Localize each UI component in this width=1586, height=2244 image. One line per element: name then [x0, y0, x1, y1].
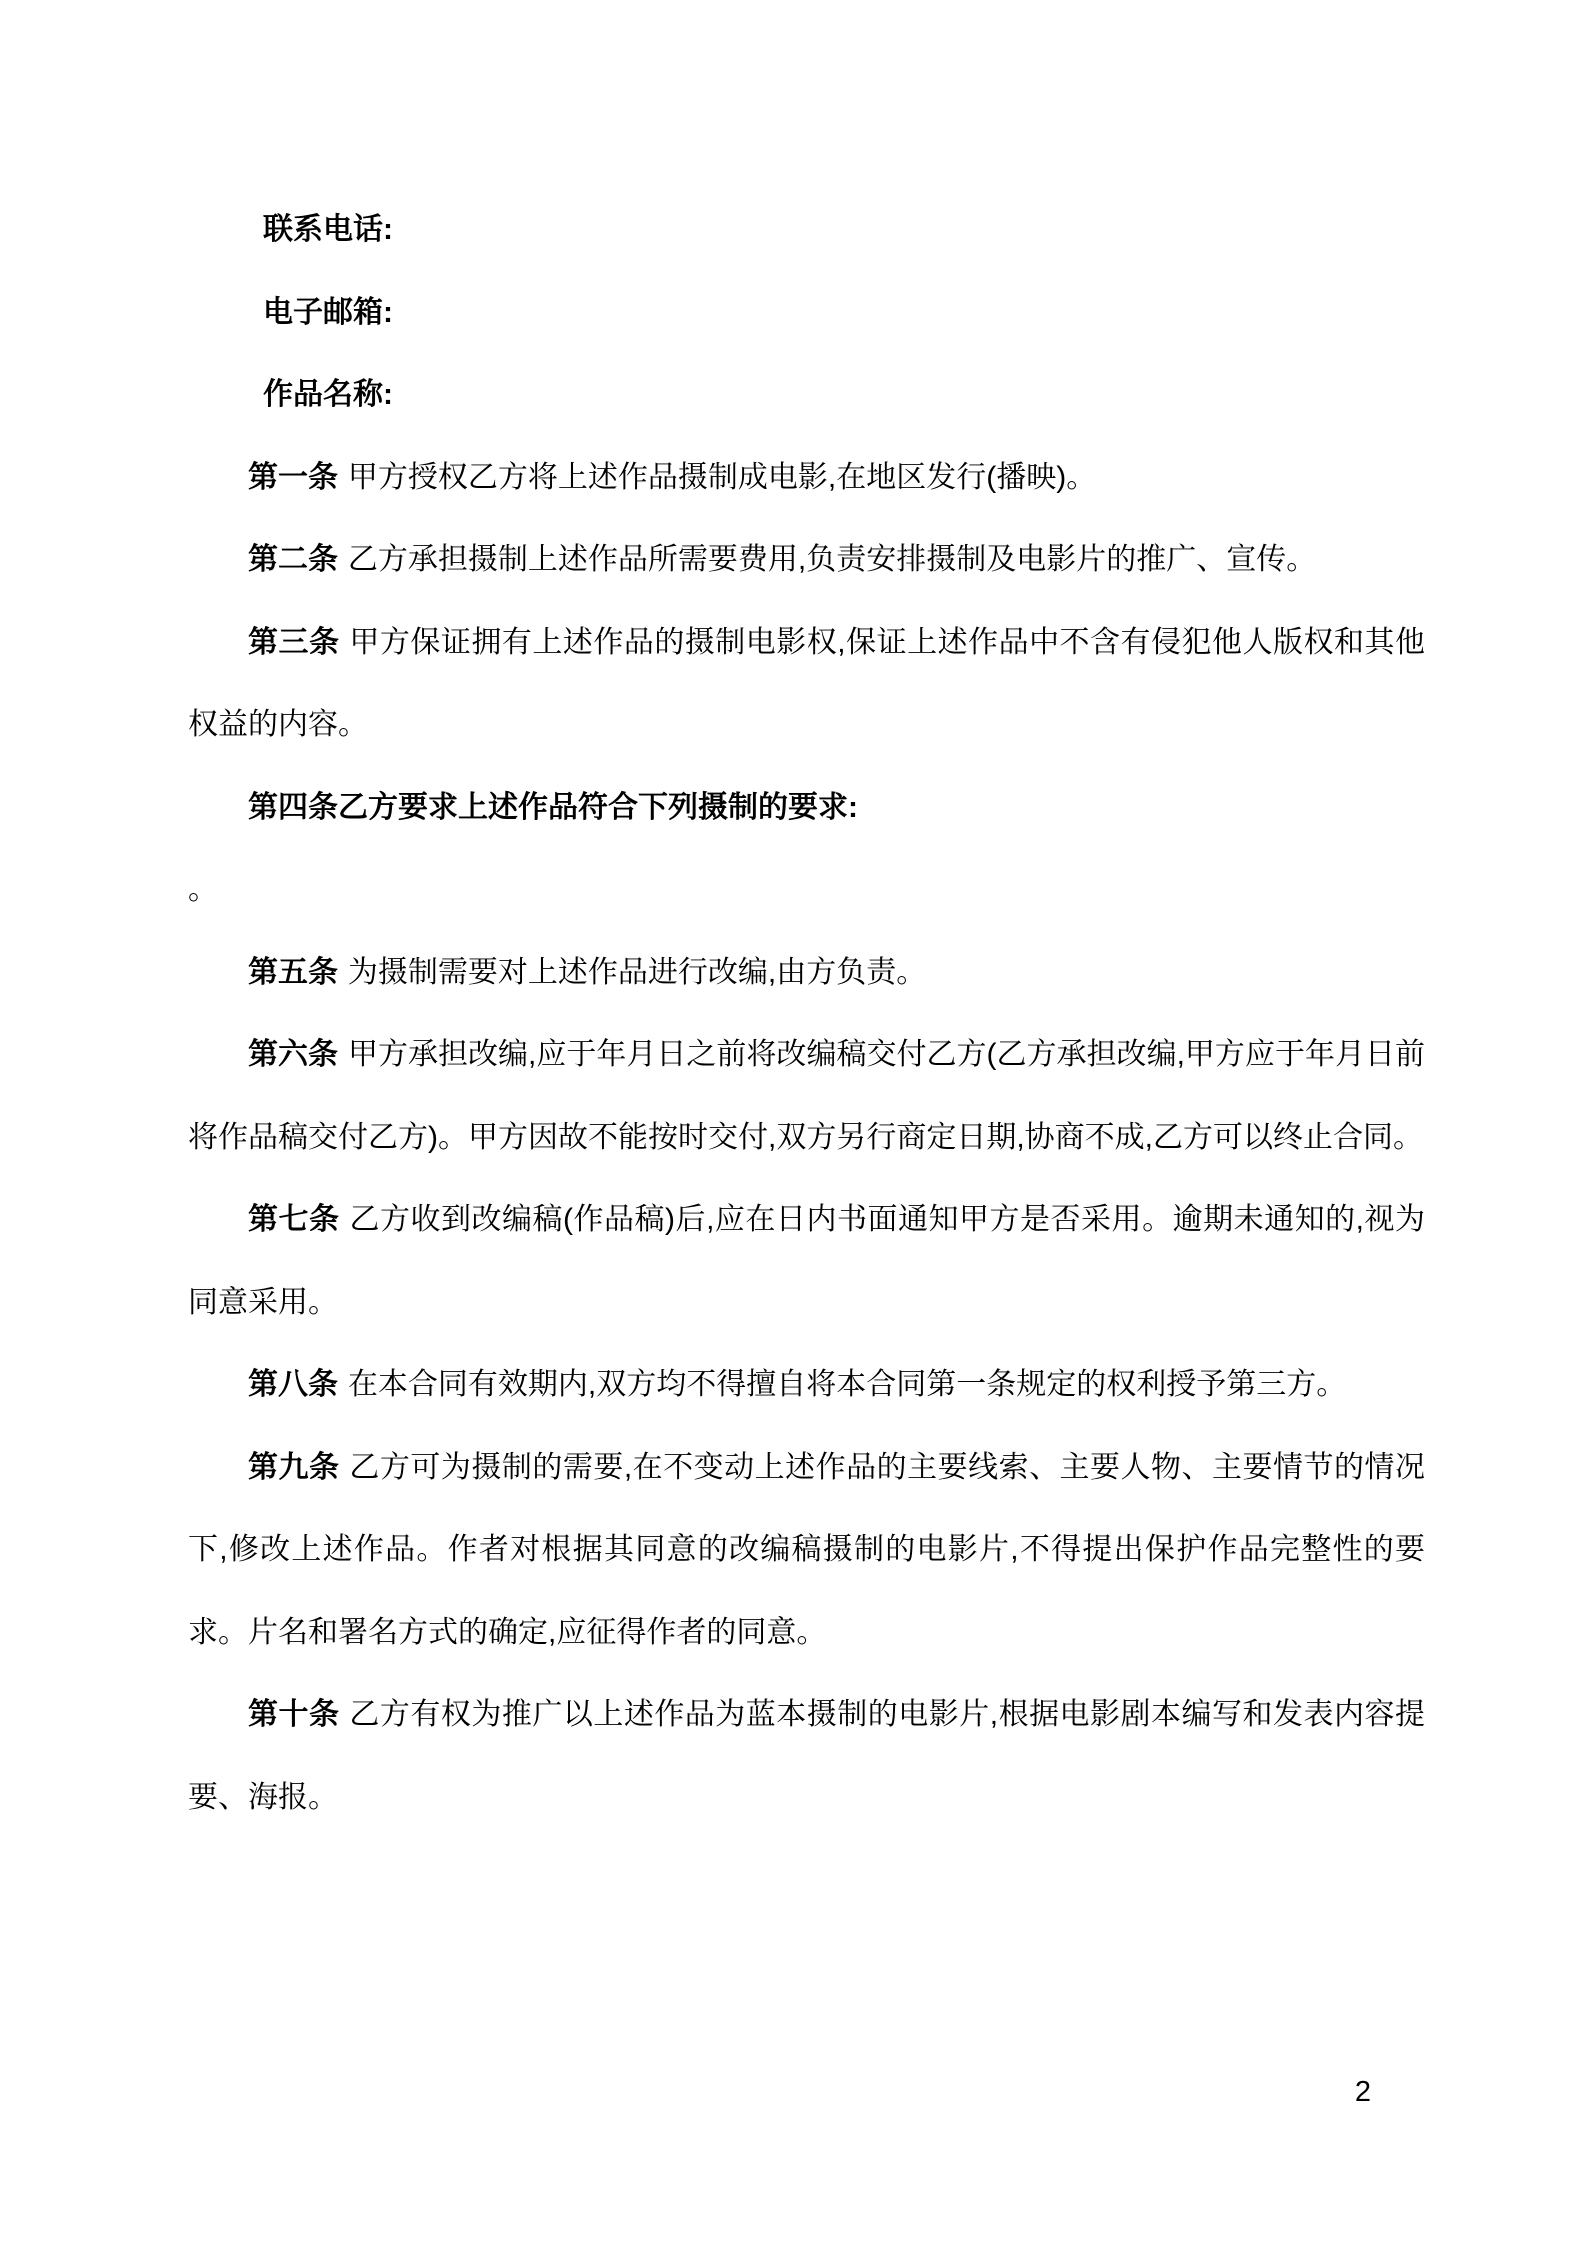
paragraph-clause-4: 第四条乙方要求上述作品符合下列摄制的要求: — [188, 767, 1425, 850]
clause-9-label: 第九条 — [248, 1451, 339, 1484]
paragraph-clause-2: 第二条乙方承担摄制上述作品所需要费用,负责安排摄制及电影片的推广、宣传。 — [188, 519, 1425, 602]
clause-2-text: 乙方承担摄制上述作品所需要费用,负责安排摄制及电影片的推广、宣传。 — [348, 543, 1316, 576]
clause-4-label: 第四条乙方要求上述作品符合下列摄制的要求: — [248, 791, 858, 824]
paragraph-work-title: 作品名称: — [188, 354, 1425, 437]
clause-3-text: 甲方保证拥有上述作品的摄制电影权,保证上述作品中不含有侵犯他人版权和其他权益的内… — [188, 626, 1425, 742]
clause-6-text: 甲方承担改编,应于年月日之前将改编稿交付乙方(乙方承担改编,甲方应于年月日前将作… — [188, 1038, 1425, 1154]
paragraph-clause-1: 第一条甲方授权乙方将上述作品摄制成电影,在地区发行(播映)。 — [188, 437, 1425, 520]
clause-1-label: 第一条 — [248, 461, 338, 494]
contact-phone-label: 联系电话: — [263, 213, 393, 246]
clause-5-text: 为摄制需要对上述作品进行改编,由方负责。 — [348, 956, 926, 989]
clause-10-text: 乙方有权为推广以上述作品为蓝本摄制的电影片,根据电影剧本编写和发表内容提要、海报… — [188, 1698, 1425, 1814]
clause-9-text: 乙方可为摄制的需要,在不变动上述作品的主要线索、主要人物、主要情节的情况下,修改… — [188, 1451, 1425, 1649]
paragraph-clause-7: 第七条乙方收到改编稿(作品稿)后,应在日内书面通知甲方是否采用。逾期未通知的,视… — [188, 1179, 1425, 1344]
paragraph-clause-5: 第五条为摄制需要对上述作品进行改编,由方负责。 — [188, 932, 1425, 1015]
clause-3-label: 第三条 — [248, 626, 339, 659]
paragraph-clause-10: 第十条乙方有权为推广以上述作品为蓝本摄制的电影片,根据电影剧本编写和发表内容提要… — [188, 1674, 1425, 1839]
contact-email-label: 电子邮箱: — [263, 296, 393, 329]
clause-6-label: 第六条 — [248, 1038, 338, 1071]
paragraph-clause-3: 第三条甲方保证拥有上述作品的摄制电影权,保证上述作品中不含有侵犯他人版权和其他权… — [188, 602, 1425, 767]
page-number: 2 — [1355, 2062, 1371, 2122]
paragraph-clause-8: 第八条在本合同有效期内,双方均不得擅自将本合同第一条规定的权利授予第三方。 — [188, 1344, 1425, 1427]
clause-1-text: 甲方授权乙方将上述作品摄制成电影,在地区发行(播映)。 — [348, 461, 1096, 494]
clause-5-label: 第五条 — [248, 956, 338, 989]
paragraph-lone-period: 。 — [188, 849, 1425, 932]
paragraph-contact-phone: 联系电话: — [188, 189, 1425, 272]
clause-7-label: 第七条 — [248, 1203, 340, 1236]
clause-8-text: 在本合同有效期内,双方均不得擅自将本合同第一条规定的权利授予第三方。 — [348, 1368, 1346, 1401]
clause-8-label: 第八条 — [248, 1368, 338, 1401]
lone-period-text: 。 — [188, 873, 218, 906]
paragraph-contact-email: 电子邮箱: — [188, 272, 1425, 355]
work-title-label: 作品名称: — [263, 378, 393, 411]
paragraph-clause-9: 第九条乙方可为摄制的需要,在不变动上述作品的主要线索、主要人物、主要情节的情况下… — [188, 1427, 1425, 1675]
clause-10-label: 第十条 — [248, 1698, 339, 1731]
clause-2-label: 第二条 — [248, 543, 338, 576]
paragraph-clause-6: 第六条甲方承担改编,应于年月日之前将改编稿交付乙方(乙方承担改编,甲方应于年月日… — [188, 1014, 1425, 1179]
clause-7-text: 乙方收到改编稿(作品稿)后,应在日内书面通知甲方是否采用。逾期未通知的,视为同意… — [188, 1203, 1425, 1319]
contract-document-page: 联系电话: 电子邮箱: 作品名称: 第一条甲方授权乙方将上述作品摄制成电影,在地… — [0, 0, 1586, 1839]
